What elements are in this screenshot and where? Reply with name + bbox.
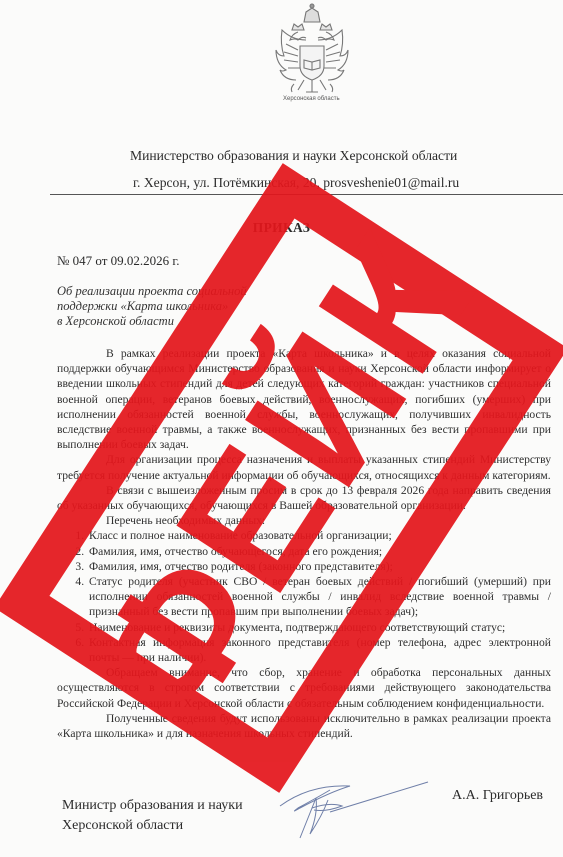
list-intro: Перечень необходимых данных: <box>57 513 551 528</box>
list-item: Класс и полное наименование образователь… <box>87 528 551 543</box>
subject-line: поддержки «Карта школьника» <box>57 299 247 314</box>
handwritten-signature-icon <box>270 778 430 840</box>
paragraph-intro: В рамках реализации проекта «Карта школь… <box>57 346 551 452</box>
signatory-position-line: Херсонской области <box>62 816 243 836</box>
paragraph-request: В связи с вышеизложенным просим в срок д… <box>57 483 551 513</box>
paragraph-usage: Полученные сведения будут использованы и… <box>57 711 551 741</box>
letterhead-divider <box>50 194 563 195</box>
document-type-title: ПРИКАЗ <box>0 220 563 236</box>
subject-line: в Херсонской области <box>57 314 247 329</box>
ministry-address: г. Херсон, ул. Потёмкинская, 20, prosves… <box>133 175 459 191</box>
required-data-list: Класс и полное наименование образователь… <box>57 528 551 665</box>
list-item: Контактная информация законного представ… <box>87 635 551 665</box>
document-page: Херсонская область Министерство образова… <box>0 0 563 857</box>
list-item: Наименование и реквизиты документа, подт… <box>87 620 551 635</box>
double-headed-eagle-emblem-icon <box>262 0 362 108</box>
paragraph-purpose: Для организации процесса назначения и вы… <box>57 452 551 482</box>
signatory-name: А.А. Григорьев <box>452 788 543 804</box>
order-subject: Об реализации проекта социальной поддерж… <box>57 284 247 329</box>
signatory-position-line: Министр образования и науки <box>62 796 243 816</box>
order-number-date: № 047 от 09.02.2026 г. <box>57 253 180 269</box>
subject-line: Об реализации проекта социальной <box>57 284 247 299</box>
list-item: Фамилия, имя, отчество обучающегося, дат… <box>87 544 551 559</box>
order-body: В рамках реализации проекта «Карта школь… <box>57 346 551 741</box>
list-item: Фамилия, имя, отчество родителя (законно… <box>87 559 551 574</box>
signatory-position: Министр образования и науки Херсонской о… <box>62 796 243 836</box>
emblem-caption: Херсонская область <box>283 96 340 102</box>
ministry-name: Министерство образования и науки Херсонс… <box>130 148 457 164</box>
paragraph-privacy: Обращаем внимание, что сбор, хранение и … <box>57 665 551 711</box>
list-item: Статус родителя (участник СВО / ветеран … <box>87 574 551 620</box>
